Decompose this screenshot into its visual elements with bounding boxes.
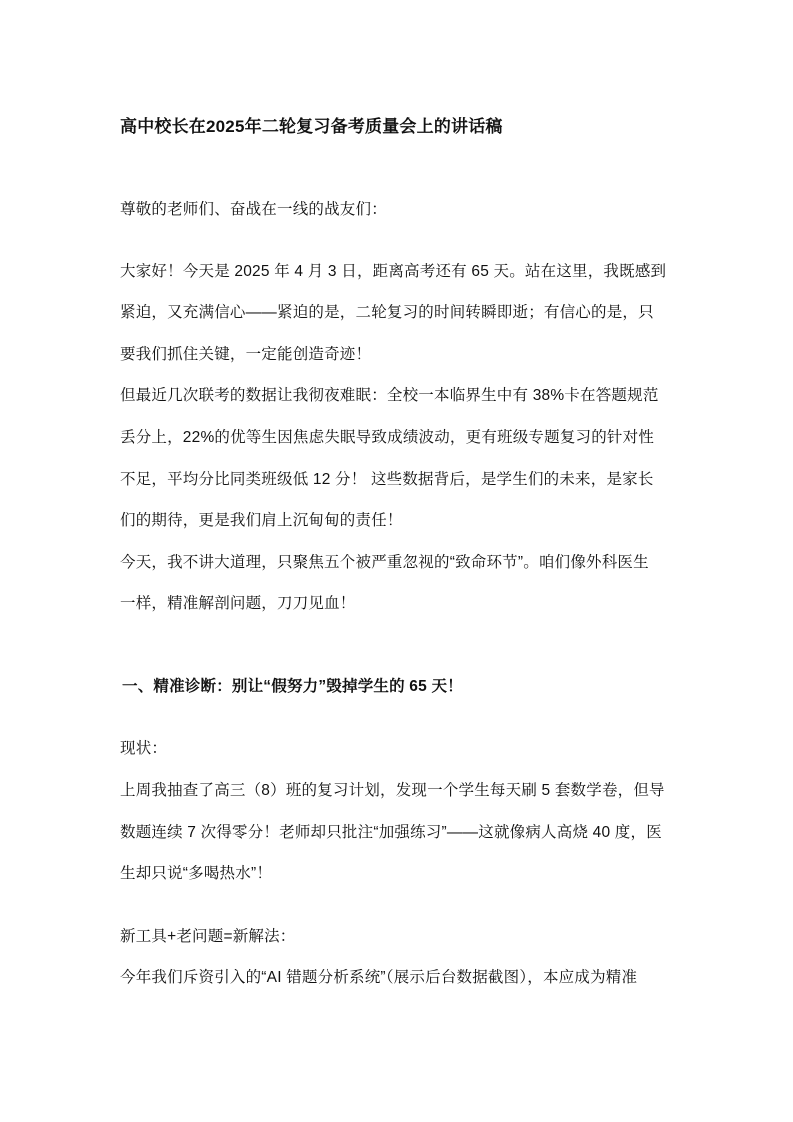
- paragraph-line: 们的期待，更是我们肩上沉甸甸的责任！: [120, 511, 403, 531]
- tool-label: 新工具+老问题=新解法：: [120, 927, 296, 947]
- paragraph-line: 紧迫，又充满信心——紧迫的是，二轮复习的时间转瞬即逝；有信心的是，只: [120, 303, 654, 323]
- paragraph-line: 大家好！今天是 2025 年 4 月 3 日，距离高考还有 65 天。站在这里，…: [120, 262, 666, 282]
- paragraph-line: 要我们抓住关键，一定能创造奇迹！: [120, 345, 371, 365]
- paragraph-line: 不足，平均分比同类班级低 12 分！ 这些数据背后，是学生们的未来，是家长: [120, 470, 654, 490]
- paragraph-line: 数题连续 7 次得零分！老师却只批注“加强练习”——这就像病人高烧 40 度，医: [120, 823, 662, 843]
- paragraph-line: 一样，精准解剖问题，刀刀见血！: [120, 594, 356, 614]
- paragraph-line: 生却只说“多喝热水”！: [120, 864, 272, 884]
- paragraph-line: 上周我抽查了高三（8）班的复习计划，发现一个学生每天刷 5 套数学卷，但导: [120, 781, 665, 801]
- paragraph-line: 今年我们斥资引入的“AI 错题分析系统”（展示后台数据截图），本应成为精准: [120, 968, 637, 988]
- paragraph-line: 丢分上，22%的优等生因焦虑失眠导致成绩波动，更有班级专题复习的针对性: [120, 428, 654, 448]
- document-title: 高中校长在2025年二轮复习备考质量会上的讲话稿: [120, 117, 503, 137]
- salutation: 尊敬的老师们、奋战在一线的战友们：: [120, 200, 387, 220]
- document-page: 高中校长在2025年二轮复习备考质量会上的讲话稿 尊敬的老师们、奋战在一线的战友…: [0, 0, 793, 1122]
- paragraph-line: 但最近几次联考的数据让我彻夜难眠：全校一本临界生中有 38%卡在答题规范: [120, 386, 659, 406]
- paragraph-line: 今天，我不讲大道理，只聚焦五个被严重忽视的“致命环节”。咱们像外科医生: [120, 553, 649, 573]
- section-heading: 一、精准诊断：别让“假努力”毁掉学生的 65 天！: [122, 677, 463, 697]
- status-label: 现状：: [120, 739, 167, 759]
